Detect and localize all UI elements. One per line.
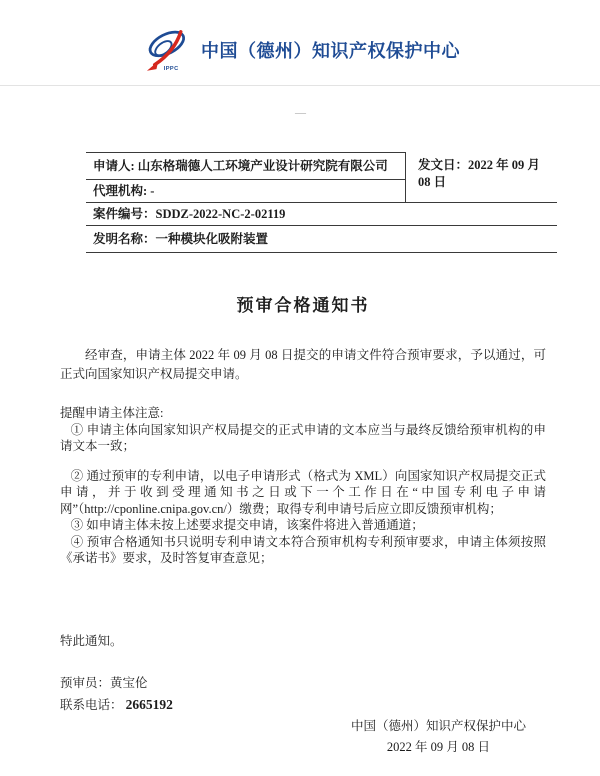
case-info-table: 申请人: 山东格瑞德人工环境产业设计研究院有限公司 代理机构: - 发文日：20… (86, 152, 557, 253)
signature-org: 中国（德州）知识产权保护中心 (351, 718, 526, 735)
document-content: 申请人: 山东格瑞德人工环境产业设计研究院有限公司 代理机构: - 发文日：20… (0, 152, 600, 756)
note-item-4: ④ 预审合格通知书只说明专利申请文本符合预审机构专利预审要求，申请主体须按照《承… (60, 534, 546, 567)
applicant-row: 申请人: 山东格瑞德人工环境产业设计研究院有限公司 (86, 153, 405, 180)
case-number-row: 案件编号：SDDZ-2022-NC-2-02119 (86, 203, 557, 226)
examiner-name: 黄宝伦 (110, 676, 148, 690)
notification-document: IPPC 中国（德州）知识产权保护中心 — 申请人: 山东格瑞德人工环境产业设计… (0, 0, 600, 776)
document-title: 预审合格通知书 (60, 291, 546, 316)
notes-section: 提醒申请主体注意: ① 申请主体向国家知识产权局提交的正式申请的文本应当与最终反… (60, 405, 546, 567)
agency-label: 代理机构: (93, 183, 147, 199)
note-item-1: ① 申请主体向国家知识产权局提交的正式申请的文本应当与最终反馈给预审机构的申请文… (60, 422, 546, 455)
invention-name-label: 发明名称： (93, 231, 156, 247)
applicant-value: 山东格瑞德人工环境产业设计研究院有限公司 (138, 158, 388, 174)
signature-date: 2022 年 09 月 08 日 (351, 739, 526, 756)
note-item-2: ② 通过预审的专利申请，以电子申请形式（格式为 XML）向国家知识产权局提交正式… (60, 468, 546, 518)
header-org-name: 中国（德州）知识产权保护中心 (201, 37, 460, 63)
issue-date-cell: 发文日：2022 年 09 月 08 日 (405, 152, 557, 202)
phone-line: 联系电话： 2665192 (60, 694, 546, 716)
notes-heading: 提醒申请主体注意: (60, 405, 546, 422)
invention-name-value: 一种模块化吸附装置 (156, 231, 269, 247)
ippc-logo-icon: IPPC (140, 23, 192, 77)
applicant-label: 申请人: (93, 158, 135, 174)
agency-value: - (150, 183, 154, 199)
case-number-value: SDDZ-2022-NC-2-02119 (156, 206, 286, 222)
examiner-label: 预审员： (60, 676, 110, 690)
invention-name-row: 发明名称：一种模块化吸附装置 (86, 226, 557, 253)
case-number-label: 案件编号： (93, 206, 156, 222)
page-separator-dash: — (0, 106, 600, 120)
table-left-column: 申请人: 山东格瑞德人工环境产业设计研究院有限公司 代理机构: - (86, 152, 405, 202)
header: IPPC 中国（德州）知识产权保护中心 (0, 0, 600, 86)
approval-paragraph: 经审查，申请主体 2022 年 09 月 08 日提交的申请文件符合预审要求，予… (60, 346, 546, 384)
signature-block: 中国（德州）知识产权保护中心 2022 年 09 月 08 日 (351, 718, 526, 756)
issue-date-label: 发文日： (418, 158, 468, 172)
agency-row: 代理机构: - (86, 180, 405, 202)
examiner-block: 预审员：黄宝伦 联系电话： 2665192 (60, 673, 546, 716)
table-top-section: 申请人: 山东格瑞德人工环境产业设计研究院有限公司 代理机构: - 发文日：20… (86, 152, 557, 203)
svg-text:IPPC: IPPC (164, 65, 179, 71)
examiner-line: 预审员：黄宝伦 (60, 673, 546, 694)
note-item-3: ③ 如申请主体未按上述要求提交申请，该案件将进入普通通道； (60, 517, 546, 534)
closing-statement: 特此通知。 (60, 631, 546, 649)
phone-label: 联系电话： (60, 698, 123, 712)
phone-number: 2665192 (126, 697, 173, 712)
